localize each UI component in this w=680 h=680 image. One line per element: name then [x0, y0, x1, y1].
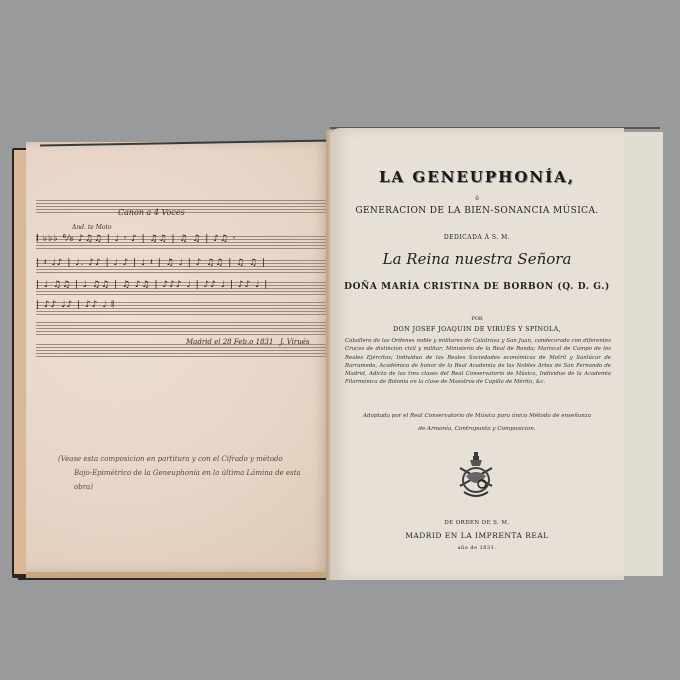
tempo-marking: And. te Moto: [72, 224, 112, 231]
adoption-line-1: Adoptada por el Real Conservatorio de Mú…: [350, 410, 604, 423]
manuscript-footnote: (Vease esta composicion en partitura y c…: [58, 452, 318, 494]
music-notes-row-4: | ♪♪ ♩♪ | ♪♪ ♩ 𝄂: [36, 300, 114, 310]
royal-order: DE ORDEN DE S. M.: [330, 520, 624, 526]
queen-name: DOÑA MARÍA CRISTINA DE BORBON (Q. D. G.): [330, 282, 624, 292]
left-page-bottom-edge: [26, 572, 332, 578]
music-notes-row-2: | 𝄽 ♩♪ | ♩. ♪♪ | ♩ ♪ | ♩ 𝄽 | ♫ ♩ | ♪ ♫♫ …: [36, 258, 266, 268]
queen-dedication: La Reina nuestra Señora: [330, 250, 624, 268]
author-name: DON JOSEF JOAQUIN DE VIRUÉS Y SPÍNOLA,: [330, 325, 624, 333]
title-conjunction: ó: [330, 195, 624, 202]
footnote-line-1: (Vease esta composicion en partitura y c…: [58, 452, 318, 466]
author-bio: Caballero de las Ordenes noble y militar…: [345, 337, 611, 387]
dedication: DEDICADA Á S. M.: [330, 234, 624, 241]
manuscript-heading: Canon a 4 Voces: [118, 208, 185, 217]
manuscript-signature: J. Virués: [280, 338, 309, 346]
music-notes-row-3: | ♩ ♫♫ | ♩ ♫♫ | ♫ ♪♫ | ♪♪♪ ♩ | ♪♪ ♩ | ♪♪…: [36, 280, 268, 290]
manuscript-date: Madrid el 28 Feb.o 1831: [186, 338, 273, 346]
book-subtitle: GENERACION DE LA BIEN-SONANCIA MÚSICA.: [330, 206, 624, 216]
royal-music-emblem-icon: [456, 452, 496, 500]
right-page-fold-flap: [622, 132, 663, 576]
music-notes-row-1: 𝄂 ♭♭♭ ⁶⁄₈ ♪♫♫ | ♩ 𝄾 ♪ | ♫♫ | ♫ ♫ | ♪♫ 𝄾: [36, 234, 236, 244]
by-line: POR: [330, 316, 624, 322]
adoption-line-2: de Armonía, Contrapunto y Composicion.: [350, 423, 604, 436]
empty-staff: [36, 322, 326, 334]
adoption-note: Adoptada por el Real Conservatorio de Mú…: [350, 410, 604, 436]
printer-imprint: MADRID EN LA IMPRENTA REAL: [330, 531, 624, 540]
book-title: LA GENEUPHONÍA,: [330, 168, 624, 186]
publication-year: año de 1831.: [330, 545, 624, 551]
footnote-line-2: Bajo-Epimétrico de la Geneuphonía en la …: [58, 466, 318, 494]
